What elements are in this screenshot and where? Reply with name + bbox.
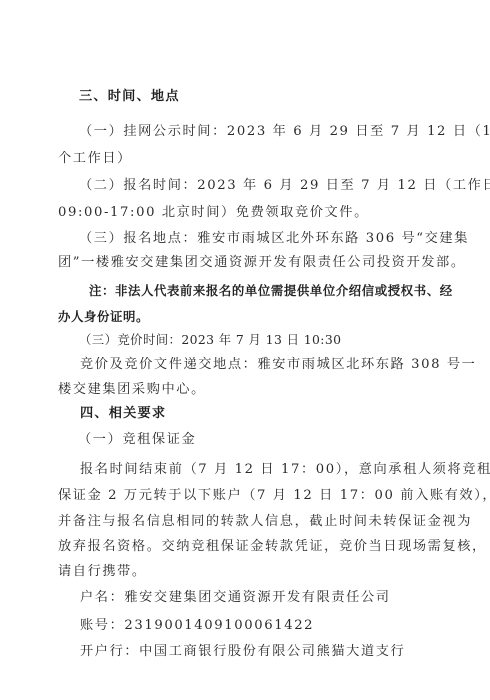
account-number: 账号：2319001409100061422 [80, 617, 314, 635]
publicity-period-line1: （一）挂网公示时间：2023 年 6 月 29 日至 7 月 12 日（10 [79, 123, 490, 141]
section-heading-time-place: 三、时间、地点 [79, 88, 180, 106]
registration-time-line1: （二）报名时间：2023 年 6 月 29 日至 7 月 12 日（工作日 [79, 177, 490, 195]
registration-place-line2: 团”一楼雅安交建集团交通资源开发有限责任公司投资开发部。 [58, 254, 466, 272]
bid-time: （三）竞价时间：2023 年 7 月 13 日 10:30 [79, 331, 341, 349]
registration-place-line1: （三）报名地点：雅安市雨城区北外环东路 306 号“交建集 [79, 230, 469, 248]
document-page: 三、时间、地点 （一）挂网公示时间：2023 年 6 月 29 日至 7 月 1… [0, 0, 490, 700]
bid-place-line1: 竞价及竞价文件递交地点：雅安市雨城区北环东路 308 号一 [80, 356, 476, 374]
deposit-para-line2: 保证金 2 万元转于以下账户（7 月 12 日 17：00 前入账有效）， [58, 487, 490, 505]
note-line2: 办人身份证明。 [58, 308, 149, 326]
deposit-subheading: （一）竞租保证金 [78, 431, 196, 449]
note-line1: 注：非法人代表前来报名的单位需提供单位介绍信或授权书、经 [89, 282, 453, 300]
publicity-period-line2: 个工作日） [58, 150, 132, 168]
bid-place-line2: 楼交建集团采购中心。 [58, 381, 206, 399]
deposit-para-line3: 并备注与报名信息相同的转款人信息，截止时间未转保证金视为 [58, 513, 472, 531]
section-heading-requirements: 四、相关要求 [80, 405, 166, 423]
deposit-para-line4: 放弃报名资格。交纳竞租保证金转款凭证，竞价当日现场需复核， [58, 538, 487, 556]
bank-name: 开户行：中国工商银行股份有限公司熊猫大道支行 [80, 643, 405, 661]
deposit-para-line5: 请自行携带。 [58, 563, 147, 581]
registration-time-line2: 09:00-17:00 北京时间）免费领取竞价文件。 [58, 204, 369, 222]
deposit-para-line1: 报名时间结束前（7 月 12 日 17：00），意向承租人须将竞租 [80, 461, 490, 479]
account-name: 户名：雅安交建集团交通资源开发有限责任公司 [80, 589, 391, 607]
